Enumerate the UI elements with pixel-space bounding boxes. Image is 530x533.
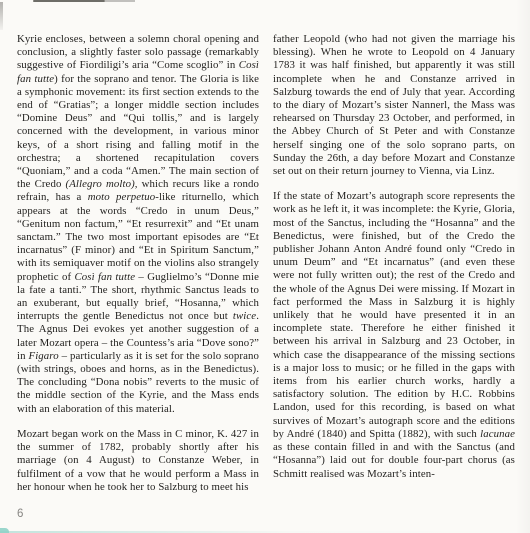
body-paragraph: Mozart began work on the Mass in C minor… — [17, 428, 259, 494]
text-columns: Kyrie encloses, between a solemn choral … — [17, 33, 515, 494]
body-paragraph: If the state of Mozart’s autograph score… — [273, 190, 515, 480]
scan-streak-tail-artifact — [105, 0, 135, 2]
teal-corner-mark — [0, 528, 9, 533]
page-number: 6 — [17, 508, 23, 520]
body-paragraph: Kyrie encloses, between a solemn choral … — [17, 33, 259, 416]
scan-edge-smudge-artifact — [0, 2, 3, 30]
scan-streak-artifact — [33, 0, 105, 2]
right-column: father Leopold (who had not given the ma… — [273, 33, 515, 494]
body-paragraph: father Leopold (who had not given the ma… — [273, 33, 515, 178]
booklet-page: Kyrie encloses, between a solemn choral … — [0, 0, 530, 533]
left-column: Kyrie encloses, between a solemn choral … — [17, 33, 259, 494]
